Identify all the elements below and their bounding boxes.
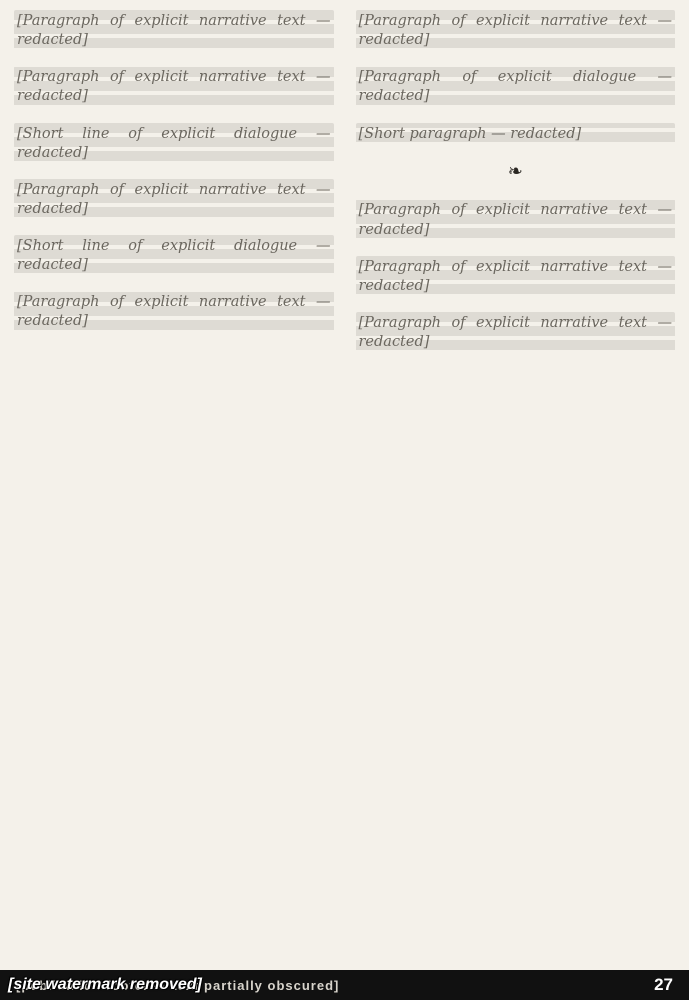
text-paragraph: [Short line of explicit dialogue — redac…	[14, 235, 334, 277]
text-paragraph: [Short line of explicit dialogue — redac…	[14, 123, 334, 165]
text-paragraph: [Paragraph of explicit dialogue — redact…	[356, 66, 676, 108]
document-page: [Paragraph of explicit narrative text — …	[0, 0, 689, 1000]
right-column: [Paragraph of explicit narrative text — …	[356, 10, 676, 964]
left-column: [Paragraph of explicit narrative text — …	[14, 10, 334, 964]
section-divider-ornament: ❧	[356, 160, 676, 184]
two-column-text-area: [Paragraph of explicit narrative text — …	[14, 10, 675, 964]
text-paragraph: [Paragraph of explicit narrative text — …	[356, 256, 676, 298]
text-paragraph: [Paragraph of explicit narrative text — …	[14, 66, 334, 108]
text-paragraph: [Short paragraph — redacted]	[356, 123, 676, 146]
page-number: 27	[654, 975, 673, 995]
text-paragraph: [Paragraph of explicit narrative text — …	[14, 10, 334, 52]
text-paragraph: [Paragraph of explicit narrative text — …	[356, 199, 676, 241]
text-paragraph: [Paragraph of explicit narrative text — …	[356, 10, 676, 52]
text-paragraph: [Paragraph of explicit narrative text — …	[356, 312, 676, 354]
text-paragraph: [Paragraph of explicit narrative text — …	[14, 291, 334, 333]
text-paragraph: [Paragraph of explicit narrative text — …	[14, 179, 334, 221]
watermark-text: [site watermark removed]	[8, 976, 202, 994]
